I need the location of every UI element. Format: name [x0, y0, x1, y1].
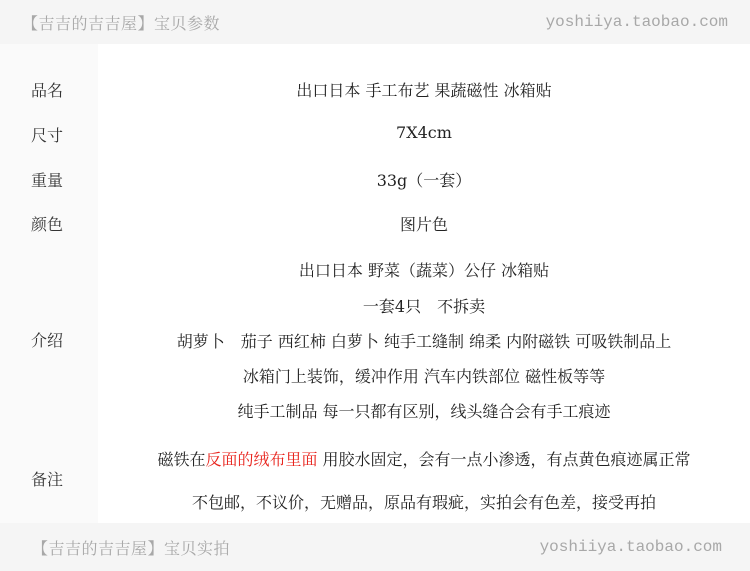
intro-line: 纯手工制品 每一只都有区别，线头缝合会有手工痕迹 — [98, 399, 750, 422]
label-weight: 重量 — [31, 168, 63, 191]
intro-line: 胡萝卜 茄子 西红柿 白萝卜 纯手工缝制 绵柔 内附磁铁 可吸铁制品上 — [98, 329, 750, 352]
intro-line: 出口日本 野菜（蔬菜）公仔 冰箱贴 — [98, 258, 750, 281]
label-intro: 介绍 — [31, 328, 63, 351]
intro-line: 一套4只 不拆卖 — [98, 294, 750, 317]
value-size: 7X4cm — [98, 123, 750, 142]
notes-text: 用胶水固定，会有一点小渗透，有点黄色痕迹属正常 — [317, 450, 690, 469]
label-name: 品名 — [31, 78, 63, 101]
section-header-photos: 【吉吉的吉吉屋】宝贝实拍 yoshiiya.taobao.com — [0, 523, 750, 571]
notes-line-1: 磁铁在反面的绒布里面 用胶水固定，会有一点小渗透，有点黄色痕迹属正常 — [98, 447, 750, 470]
intro-line: 冰箱门上装饰，缓冲作用 汽车内铁部位 磁性板等等 — [98, 364, 750, 387]
shop-url: yoshiiya.taobao.com — [540, 538, 722, 556]
notes-text: 磁铁在 — [157, 450, 205, 469]
notes-highlight: 反面的绒布里面 — [205, 450, 317, 469]
value-color: 图片色 — [98, 212, 750, 235]
label-column — [0, 44, 98, 523]
shop-url: yoshiiya.taobao.com — [546, 13, 728, 31]
label-size: 尺寸 — [31, 123, 63, 146]
value-name: 出口日本 手工布艺 果蔬磁性 冰箱贴 — [98, 78, 750, 101]
section-title: 【吉吉的吉吉屋】宝贝参数 — [22, 11, 220, 34]
value-weight: 33g（一套） — [98, 168, 750, 191]
label-color: 颜色 — [31, 212, 63, 235]
label-notes: 备注 — [31, 467, 63, 490]
section-title: 【吉吉的吉吉屋】宝贝实拍 — [32, 536, 230, 559]
params-table: 品名 出口日本 手工布艺 果蔬磁性 冰箱贴 尺寸 7X4cm 重量 33g（一套… — [0, 44, 750, 523]
section-header-params: 【吉吉的吉吉屋】宝贝参数 yoshiiya.taobao.com — [0, 0, 750, 44]
notes-line-2: 不包邮，不议价，无赠品，原品有瑕疵，实拍会有色差，接受再拍 — [98, 490, 750, 513]
